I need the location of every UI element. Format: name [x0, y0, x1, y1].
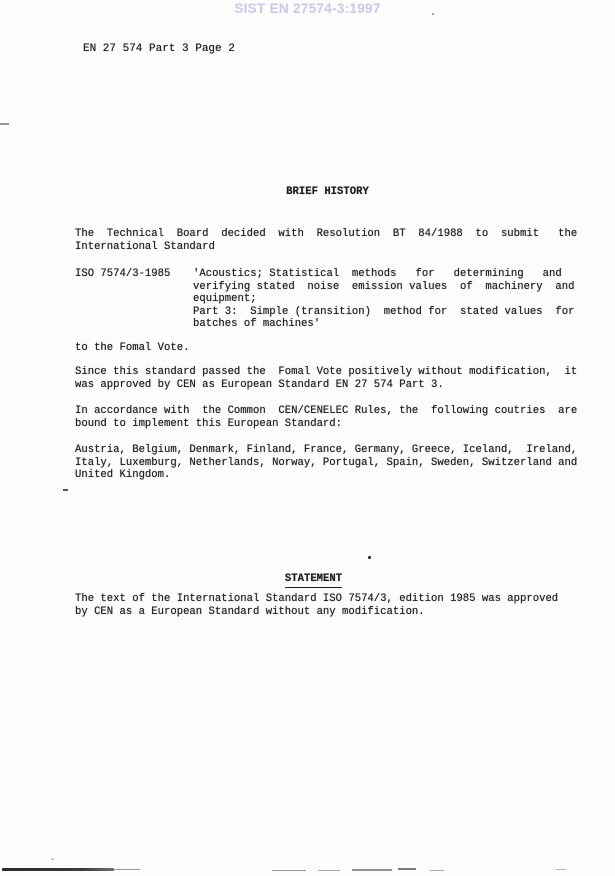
statement-heading: STATEMENT [75, 568, 580, 588]
paragraph-approved: Since this standard passed the Fomal Vot… [75, 366, 580, 391]
scan-edge-dash-left [0, 123, 9, 125]
brief-history-heading-text: BRIEF HISTORY [286, 186, 369, 198]
iso-reference-label: ISO 7574/3-1985 [75, 268, 193, 281]
paragraph-statement: The text of the International Standard I… [75, 593, 580, 618]
brief-history-heading: BRIEF HISTORY [75, 181, 580, 199]
paragraph-countries: Austria, Belgium, Denmark, Finland, Fran… [75, 444, 580, 482]
paragraph-formal-vote: to the Fomal Vote. [75, 342, 580, 355]
document-body: BRIEF HISTORY The Technical Board decide… [75, 0, 580, 876]
iso-reference-description: 'Acoustics; Statistical methods for dete… [193, 268, 580, 331]
scan-dash-margin [63, 489, 68, 491]
paragraph-cenelec-rules: In accordance with the Common CEN/CENELE… [75, 405, 580, 430]
iso-reference-block: ISO 7574/3-1985 'Acoustics; Statistical … [75, 268, 580, 331]
document-page: SIST EN 27574-3:1997 EN 27 574 Part 3 Pa… [0, 0, 615, 876]
scan-speck-bottom [51, 858, 54, 860]
statement-heading-text: STATEMENT [285, 573, 342, 588]
paragraph-resolution: The Technical Board decided with Resolut… [75, 228, 580, 253]
stray-period-mark [368, 556, 371, 559]
